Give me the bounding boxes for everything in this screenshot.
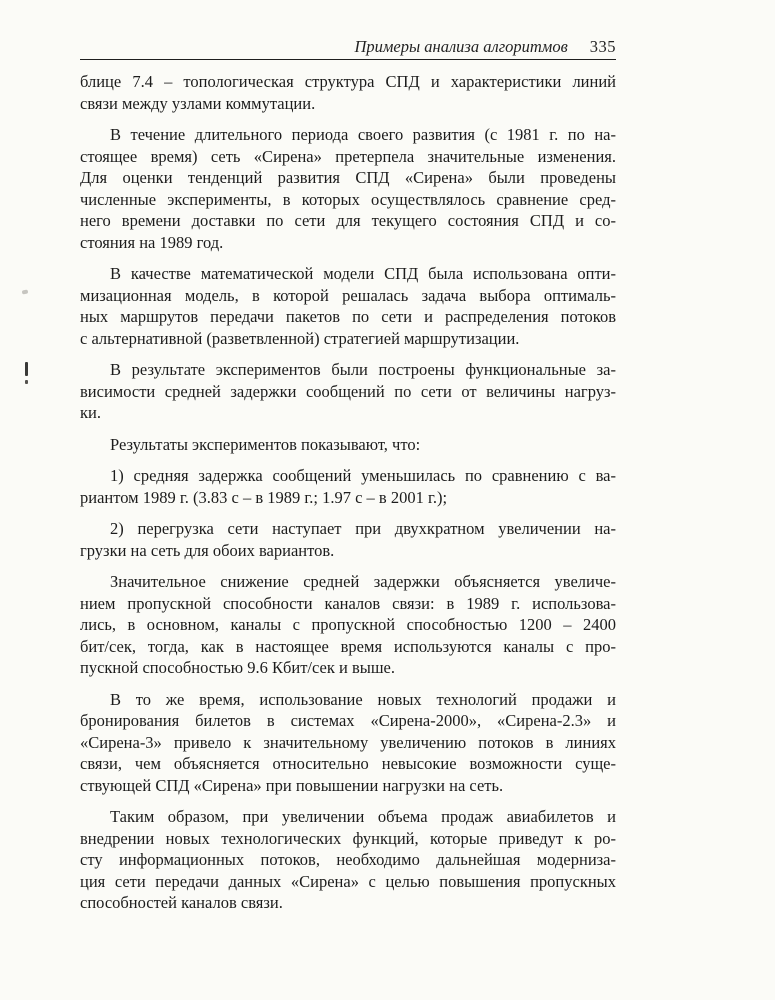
header-rule: [80, 59, 616, 60]
pencil-exclamation-dot: [25, 380, 28, 384]
text-line: риантом 1989 г. (3.83 с – в 1989 г.; 1.9…: [80, 487, 616, 509]
text-line: мизационная модель, в которой решалась з…: [80, 285, 616, 307]
text-line: блице 7.4 – топологическая структура СПД…: [80, 71, 616, 93]
book-page: { "page": { "colors": { "background": "#…: [0, 0, 775, 1000]
running-header: Примеры анализа алгоритмов 335: [80, 36, 616, 57]
text-line: него времени доставки по сети для текуще…: [80, 210, 616, 232]
paragraph-4: В результате экспериментов были построен…: [80, 359, 616, 424]
text-line: В результате экспериментов были построен…: [80, 359, 616, 381]
text-line: В течение длительного периода своего раз…: [80, 124, 616, 146]
text-line: ных маршрутов передачи пакетов по сети и…: [80, 306, 616, 328]
text-line: Таким образом, при увеличении объема про…: [80, 806, 616, 828]
paragraph-7: 2) перегрузка сети наступает при двухкра…: [80, 518, 616, 561]
pencil-smudge-mark: [22, 289, 29, 294]
page-number: 335: [590, 36, 616, 57]
text-line: В качестве математической модели СПД был…: [80, 263, 616, 285]
text-line: «Сирена-3» привело к значительному увели…: [80, 732, 616, 754]
text-line: Результаты экспериментов показывают, что…: [80, 434, 616, 456]
text-line: ки.: [80, 402, 616, 424]
text-line: ствующей СПД «Сирена» при повышении нагр…: [80, 775, 616, 797]
paragraph-1: блице 7.4 – топологическая структура СПД…: [80, 71, 616, 114]
text-line: Значительное снижение средней задержки о…: [80, 571, 616, 593]
text-line: нием пропускной способности каналов связ…: [80, 593, 616, 615]
text-line: бронирования билетов в системах «Сирена-…: [80, 710, 616, 732]
text-line: лись, в основном, каналы с пропускной сп…: [80, 614, 616, 636]
text-line: ция сети передачи данных «Сирена» с цель…: [80, 871, 616, 893]
text-line: с альтернативной (разветвленной) стратег…: [80, 328, 616, 350]
running-header-title: Примеры анализа алгоритмов: [354, 36, 567, 57]
text-line: стояния на 1989 год.: [80, 232, 616, 254]
page-body: блице 7.4 – топологическая структура СПД…: [80, 71, 616, 914]
text-line: грузки на сеть для обоих вариантов.: [80, 540, 616, 562]
text-line: висимости средней задержки сообщений по …: [80, 381, 616, 403]
text-line: В то же время, использование новых техно…: [80, 689, 616, 711]
text-line: бит/сек, тогда, как в настоящее время ис…: [80, 636, 616, 658]
paragraph-3: В качестве математической модели СПД был…: [80, 263, 616, 349]
text-line: 2) перегрузка сети наступает при двухкра…: [80, 518, 616, 540]
paragraph-6: 1) средняя задержка сообщений уменьшилас…: [80, 465, 616, 508]
text-line: 1) средняя задержка сообщений уменьшилас…: [80, 465, 616, 487]
text-line: связи, чем объясняется относительно невы…: [80, 753, 616, 775]
text-line: сту информационных потоков, необходимо д…: [80, 849, 616, 871]
paragraph-9: В то же время, использование новых техно…: [80, 689, 616, 797]
text-line: связи между узлами коммутации.: [80, 93, 616, 115]
paragraph-10: Таким образом, при увеличении объема про…: [80, 806, 616, 914]
text-line: численные эксперименты, в которых осущес…: [80, 189, 616, 211]
text-line: стоящее время) сеть «Сирена» претерпела …: [80, 146, 616, 168]
paragraph-2: В течение длительного периода своего раз…: [80, 124, 616, 253]
text-column: Примеры анализа алгоритмов 335 блице 7.4…: [80, 36, 616, 914]
text-line: способностей каналов связи.: [80, 892, 616, 914]
paragraph-5: Результаты экспериментов показывают, что…: [80, 434, 616, 456]
pencil-exclamation-stroke: [25, 362, 28, 376]
pencil-exclamation-mark: [25, 362, 29, 386]
text-line: внедрении новых технологических функций,…: [80, 828, 616, 850]
paragraph-8: Значительное снижение средней задержки о…: [80, 571, 616, 679]
text-line: пускной способностью 9.6 Кбит/сек и выше…: [80, 657, 616, 679]
text-line: Для оценки тенденций развития СПД «Сирен…: [80, 167, 616, 189]
